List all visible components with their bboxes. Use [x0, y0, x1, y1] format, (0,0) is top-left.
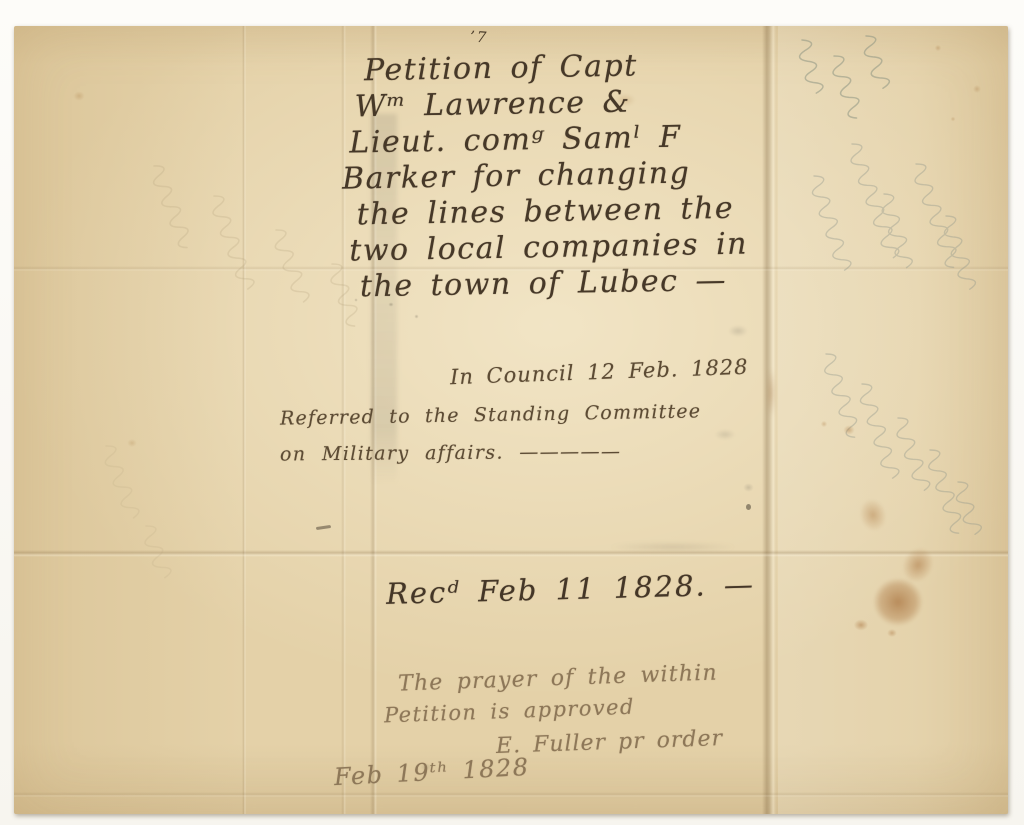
- rust-stain-large: [866, 571, 930, 633]
- received-note: Recᵈ Feb 11 1828. —: [386, 567, 756, 611]
- ink-dash: [316, 525, 331, 530]
- vertical-fold-crease-panel: [370, 26, 377, 814]
- gray-smudge: [726, 324, 750, 338]
- vertical-fold-crease-left: [242, 26, 246, 814]
- foxing-blotch: [612, 92, 638, 108]
- bleedthrough-writing: [14, 26, 1008, 814]
- council-note-line: on Military affairs. —————: [280, 441, 622, 466]
- council-note-line: Referred to the Standing Committee: [280, 400, 702, 429]
- rust-stain-large-lobe: [890, 535, 947, 595]
- rust-speck: [842, 424, 856, 436]
- gray-smudge: [712, 428, 738, 441]
- gray-speck: [414, 314, 419, 319]
- document-page: ’7 Petition of Capt Wᵐ Lawrence & Lieut.…: [14, 26, 1008, 814]
- gray-speck: [354, 298, 358, 302]
- foxing-blotch: [126, 438, 138, 448]
- docket-line: the town of Lubec —: [360, 263, 749, 306]
- foxing-blotch: [72, 90, 86, 102]
- docket-line: the lines between the: [356, 191, 747, 234]
- foxing-dot: [950, 116, 956, 122]
- rust-speck: [886, 628, 898, 638]
- docket-title: Petition of Capt Wᵐ Lawrence & Lieut. co…: [348, 47, 749, 306]
- horizontal-fold-crease-middle: [14, 550, 1008, 557]
- foxing-blotch: [559, 132, 579, 144]
- right-panel-shading: [778, 26, 1008, 814]
- horizontal-fold-crease-top: [14, 266, 1008, 271]
- ink-smudge-band: [371, 114, 397, 484]
- vertical-fold-crease-right: [762, 26, 778, 814]
- crease-smudge: [598, 542, 748, 552]
- gray-smudge: [418, 762, 434, 772]
- rust-stain-mid: [851, 490, 895, 539]
- horizontal-fold-crease-bottom: [14, 792, 1008, 797]
- approval-signature: E. Fuller pr order: [496, 726, 724, 759]
- rust-speck: [820, 420, 828, 428]
- gray-smudge: [742, 482, 755, 493]
- ink-dot: [746, 504, 751, 510]
- docket-line: Wᵐ Lawrence &: [354, 83, 745, 126]
- approval-date: Feb 19ᵗʰ 1828: [333, 753, 530, 791]
- docket-line: Barker for changing: [342, 155, 747, 198]
- vertical-fold-crease-inner: [341, 26, 346, 814]
- foxing-dot: [972, 84, 982, 94]
- docket-corner-mark: ’7: [469, 27, 489, 46]
- gray-speck: [388, 302, 394, 307]
- scan-background: ’7 Petition of Capt Wᵐ Lawrence & Lieut.…: [0, 0, 1024, 825]
- foxing-dot: [934, 44, 942, 52]
- approval-note-line: The prayer of the within: [398, 660, 719, 696]
- crease-stain-streak: [766, 362, 776, 424]
- rust-speck: [852, 618, 870, 632]
- council-note-line: In Council 12 Feb. 1828: [450, 355, 749, 389]
- docket-line: Lieut. comᵍ Samˡ F: [349, 119, 746, 162]
- docket-line: two local companies in: [349, 227, 748, 270]
- docket-line: Petition of Capt: [364, 47, 745, 90]
- approval-note-line: Petition is approved: [384, 695, 635, 728]
